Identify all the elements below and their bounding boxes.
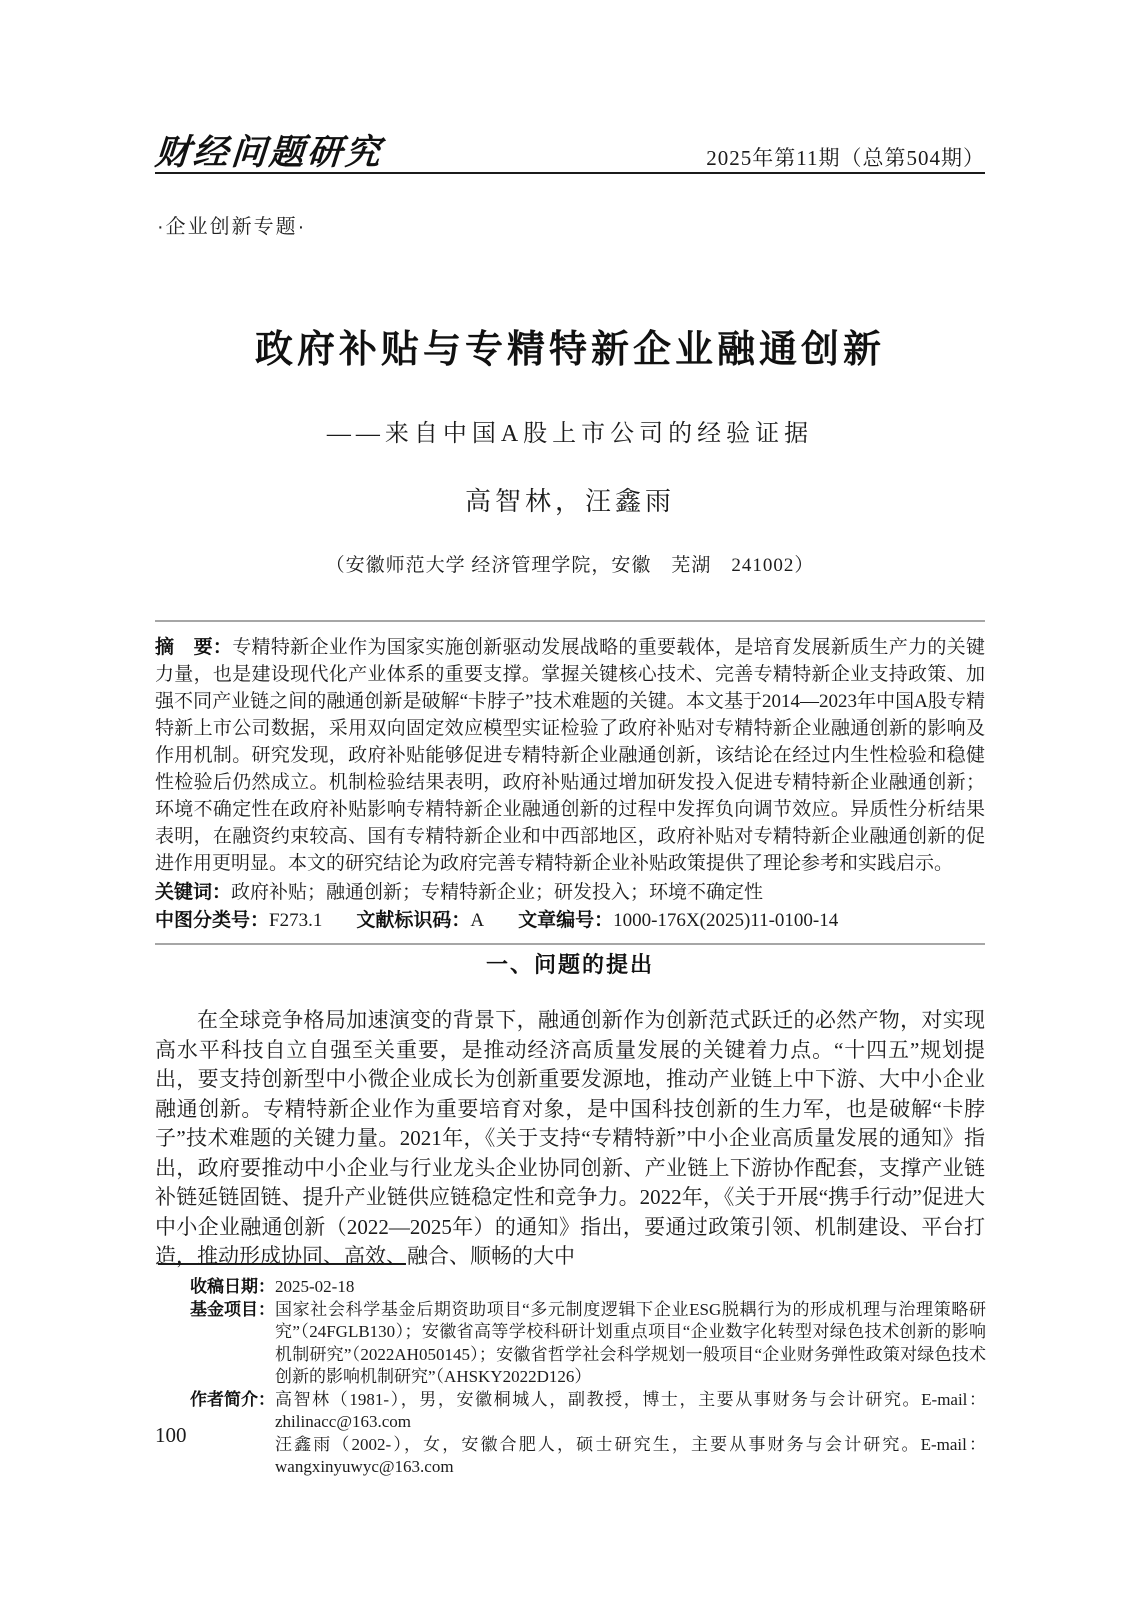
author-bio-line-2: 汪鑫雨（2002-），女，安徽合肥人，硕士研究生，主要从事财务与会计研究。E-m… xyxy=(275,1434,986,1479)
keywords-line: 关键词：政府补贴；融通创新；专精特新企业；研发投入；环境不确定性 xyxy=(155,879,985,907)
clc-label: 中图分类号： xyxy=(155,910,269,931)
body-paragraph: 在全球竞争格局加速演变的背景下，融通创新作为创新范式跃迁的必然产物，对实现高水平… xyxy=(155,1006,985,1272)
article-subtitle: ——来自中国A股上市公司的经验证据 xyxy=(0,413,1140,448)
keywords-label: 关键词： xyxy=(155,882,231,903)
author-affiliation: （安徽师范大学 经济管理学院，安徽 芜湖 241002） xyxy=(0,550,1140,577)
fund-project-row: 基金项目： 国家社会科学基金后期资助项目“多元制度逻辑下企业ESG脱耦行为的形成… xyxy=(190,1299,986,1389)
abstract-paragraph: 摘 要：专精特新企业作为国家实施创新驱动发展战略的重要载体，是培育发展新质生产力… xyxy=(155,634,985,877)
article-title: 政府补贴与专精特新企业融通创新 xyxy=(0,318,1140,373)
abstract-block: 摘 要：专精特新企业作为国家实施创新驱动发展战略的重要载体，是培育发展新质生产力… xyxy=(155,620,985,945)
page-header: 财经问题研究 2025年第11期（总第504期） xyxy=(155,126,985,172)
fund-project-label: 基金项目： xyxy=(190,1299,275,1322)
footnote-block: 收稿日期： 2025-02-18 基金项目： 国家社会科学基金后期资助项目“多元… xyxy=(190,1276,986,1479)
keywords-text: 政府补贴；融通创新；专精特新企业；研发投入；环境不确定性 xyxy=(231,882,763,903)
abstract-label: 摘 要： xyxy=(155,637,232,658)
author-bio-label: 作者简介： xyxy=(190,1389,275,1412)
footnote-divider xyxy=(158,1263,406,1265)
section-heading: 一、问题的提出 xyxy=(0,948,1140,979)
classification-line: 中图分类号：F273.1文献标识码：A文章编号：1000-176X(2025)1… xyxy=(155,907,985,935)
page-number: 100 xyxy=(155,1423,187,1448)
column-topic-label: ·企业创新专题· xyxy=(157,210,306,239)
received-date-value: 2025-02-18 xyxy=(275,1276,986,1299)
author-bio-text: 高智林（1981-），男，安徽桐城人，副教授，博士，主要从事财务与会计研究。E-… xyxy=(275,1389,986,1479)
doc-code-value: A xyxy=(470,910,484,931)
doc-code-label: 文献标识码： xyxy=(356,910,470,931)
journal-logo: 财经问题研究 xyxy=(154,135,385,172)
issue-info: 2025年第11期（总第504期） xyxy=(706,148,985,172)
article-id-value: 1000-176X(2025)11-0100-14 xyxy=(613,910,838,931)
journal-article-page: 财经问题研究 2025年第11期（总第504期） ·企业创新专题· 政府补贴与专… xyxy=(0,0,1140,1600)
received-date-label: 收稿日期： xyxy=(190,1276,275,1299)
received-date-row: 收稿日期： 2025-02-18 xyxy=(190,1276,986,1299)
author-bio-line-1: 高智林（1981-），男，安徽桐城人，副教授，博士，主要从事财务与会计研究。E-… xyxy=(275,1389,986,1434)
clc-value: F273.1 xyxy=(269,910,322,931)
abstract-text: 专精特新企业作为国家实施创新驱动发展战略的重要载体，是培育发展新质生产力的关键力… xyxy=(155,637,985,874)
fund-project-text: 国家社会科学基金后期资助项目“多元制度逻辑下企业ESG脱耦行为的形成机理与治理策… xyxy=(275,1299,986,1389)
article-id-label: 文章编号： xyxy=(518,910,613,931)
header-divider xyxy=(155,172,985,174)
author-names: 高智林，汪鑫雨 xyxy=(0,481,1140,518)
author-bio-row: 作者简介： 高智林（1981-），男，安徽桐城人，副教授，博士，主要从事财务与会… xyxy=(190,1389,986,1479)
abstract-bottom-divider xyxy=(155,943,985,945)
